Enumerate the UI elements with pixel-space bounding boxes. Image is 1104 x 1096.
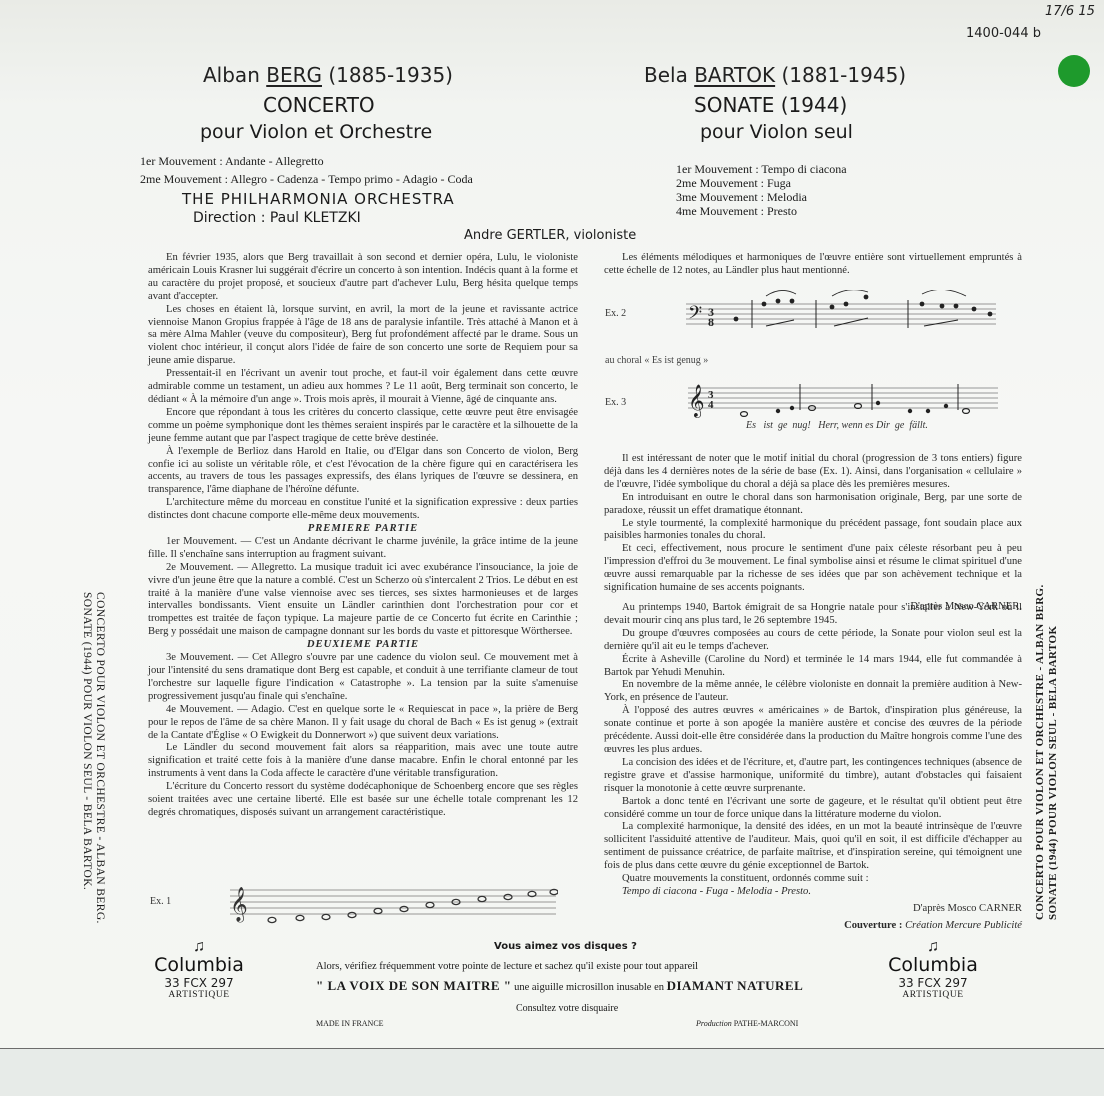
paragraph: À l'exemple de Berlioz dans Harold en It… xyxy=(148,446,578,498)
example-3-lyrics: Es ist ge nug! Herr, wenn es Dir ge fäll… xyxy=(746,420,928,431)
example-2-label: Ex. 2 xyxy=(605,308,626,319)
svg-text:8: 8 xyxy=(708,315,714,329)
bartok-first-name: Bela xyxy=(644,63,688,87)
right-intro: Les éléments mélodiques et harmoniques d… xyxy=(604,252,1022,278)
handwritten-note: 17/6 15 xyxy=(1045,4,1095,19)
series-name: ARTISTIQUE xyxy=(878,990,988,1000)
paragraph: Encore que répondant à tous les critères… xyxy=(148,407,578,446)
paragraph: Du groupe d'œuvres composées au cours de… xyxy=(604,628,1022,654)
paragraph: 4e Mouvement. — Adagio. C'est en quelque… xyxy=(148,704,578,743)
music-note-icon: ♫ xyxy=(144,940,254,954)
paragraph: En introduisant en outre le choral dans … xyxy=(604,492,1022,518)
choral-label: au choral « Es ist genug » xyxy=(605,355,708,366)
made-in-france: MADE IN FRANCE xyxy=(316,1019,384,1028)
paragraph: Au printemps 1940, Bartok émigrait de sa… xyxy=(604,602,1022,628)
movement-list: Tempo di ciacona - Fuga - Melodia - Pres… xyxy=(604,886,1022,899)
paragraph: 3e Mouvement. — Cet Allegro s'ouvre par … xyxy=(148,652,578,704)
spine-line: CONCERTO POUR VIOLON ET ORCHESTRE - ALBA… xyxy=(1034,584,1047,920)
paragraph: À l'opposé des autres œuvres « américain… xyxy=(604,705,1022,757)
berg-last-name: BERG xyxy=(266,63,322,87)
example-1-label: Ex. 1 xyxy=(150,896,171,907)
berg-dates: (1885-1935) xyxy=(328,63,453,87)
paragraph: Et ceci, effectivement, nous procure le … xyxy=(604,543,1022,595)
orchestra-name: THE PHILHARMONIA ORCHESTRA xyxy=(182,190,455,208)
bartok-liner-notes: Au printemps 1940, Bartok émigrait de sa… xyxy=(604,602,1022,933)
paragraph: Écrite à Asheville (Caroline du Nord) et… xyxy=(604,654,1022,680)
part-one-heading: PREMIERE PARTIE xyxy=(148,523,578,536)
berg-movement-2: 2me Mouvement : Allegro - Cadenza - Temp… xyxy=(140,172,473,186)
svg-text:𝄞: 𝄞 xyxy=(230,887,248,923)
paragraph: 1er Mouvement. — C'est un Andante décriv… xyxy=(148,536,578,562)
part-two-heading: DEUXIEME PARTIE xyxy=(148,639,578,652)
paragraph: Les choses en étaient là, lorsque survin… xyxy=(148,304,578,369)
paragraph: La complexité harmonique, la densité des… xyxy=(604,821,1022,873)
paragraph: Les éléments mélodiques et harmoniques d… xyxy=(604,252,1022,278)
bartok-movement-2: 2me Mouvement : Fuga xyxy=(676,176,791,190)
berg-work-title: CONCERTO xyxy=(263,93,375,117)
cover-credit: Couverture : Création Mercure Publicité xyxy=(604,920,1022,933)
advert-line-3: Consultez votre disquaire xyxy=(516,1003,618,1014)
paragraph: L'écriture du Concerto ressort du systèm… xyxy=(148,781,578,820)
cover-credit-label: Couverture : xyxy=(844,920,902,931)
columbia-logo-left: ♫ Columbia 33 FCX 297 ARTISTIQUE xyxy=(144,940,254,1000)
spine-line: SONATE (1944) POUR VIOLON SEUL - BELA BA… xyxy=(80,592,93,924)
advert-brand: " LA VOIX DE SON MAITRE " xyxy=(316,978,511,993)
berg-first-name: Alban xyxy=(203,63,260,87)
bartok-dates: (1881-1945) xyxy=(781,63,906,87)
berg-composer-heading: Alban BERG (1885-1935) xyxy=(203,63,453,87)
example-3-label: Ex. 3 xyxy=(605,397,626,408)
advert-line-2: " LA VOIX DE SON MAITRE " une aiguille m… xyxy=(316,978,803,994)
paragraph: En novembre de la même année, le célèbre… xyxy=(604,679,1022,705)
advert-diamond: DIAMANT NATUREL xyxy=(667,978,804,993)
paragraph: 2e Mouvement. — Allegretto. La musique t… xyxy=(148,562,578,639)
paragraph: La concision des idées et de l'écriture,… xyxy=(604,757,1022,796)
bartok-composer-heading: Bela BARTOK (1881-1945) xyxy=(644,63,906,87)
berg-analysis-notes: Il est intéressant de noter que le motif… xyxy=(604,453,1022,614)
soloist-credit: Andre GERTLER, violoniste xyxy=(464,228,636,243)
paragraph: En février 1935, alors que Berg travaill… xyxy=(148,252,578,304)
svg-text:𝄢: 𝄢 xyxy=(688,303,702,328)
production-company: PATHE-MARCONI xyxy=(734,1019,799,1028)
production-label: Production xyxy=(696,1019,732,1028)
catalog-number: 33 FCX 297 xyxy=(878,976,988,990)
paragraph: Il est intéressant de noter que le motif… xyxy=(604,453,1022,492)
green-dot-sticker xyxy=(1058,55,1090,87)
bartok-work-title: SONATE (1944) xyxy=(694,93,847,117)
bartok-work-subtitle: pour Violon seul xyxy=(700,121,853,143)
paragraph: Bartok a donc tenté en l'écrivant une so… xyxy=(604,796,1022,822)
bartok-movement-4: 4me Mouvement : Presto xyxy=(676,204,797,218)
brand-name: Columbia xyxy=(144,954,254,976)
handwritten-catalog-number: 1400-044 b xyxy=(966,26,1041,41)
berg-work-subtitle: pour Violon et Orchestre xyxy=(200,121,432,143)
svg-text:𝄞: 𝄞 xyxy=(688,384,705,418)
paragraph: Quatre mouvements la constituent, ordonn… xyxy=(604,873,1022,886)
advert-question: Vous aimez vos disques ? xyxy=(494,941,637,952)
columbia-logo-right: ♫ Columbia 33 FCX 297 ARTISTIQUE xyxy=(878,940,988,1000)
paragraph: L'architecture même du morceau en consti… xyxy=(148,497,578,523)
paragraph: Pressentait-il en l'écrivant un avenir t… xyxy=(148,368,578,407)
spine-line: CONCERTO POUR VIOLON ET ORCHESTRE - ALBA… xyxy=(93,592,106,924)
music-note-icon: ♫ xyxy=(878,940,988,954)
berg-movement-1: 1er Mouvement : Andante - Allegretto xyxy=(140,154,324,168)
catalog-number: 33 FCX 297 xyxy=(144,976,254,990)
series-name: ARTISTIQUE xyxy=(144,990,254,1000)
bartok-movement-1: 1er Mouvement : Tempo di ciacona xyxy=(676,162,847,176)
berg-liner-notes: En février 1935, alors que Berg travaill… xyxy=(148,252,578,820)
paragraph: Le Ländler du second mouvement fait alor… xyxy=(148,742,578,781)
example-3-treble-staff: 𝄞 3 4 xyxy=(688,380,1000,420)
svg-text:4: 4 xyxy=(708,399,714,411)
example-2-bass-staff: 𝄢 3 8 xyxy=(686,290,998,340)
author-signature: D'après Mosco CARNER xyxy=(604,903,1022,916)
advert-line-1: Alors, vérifiez fréquemment votre pointe… xyxy=(316,961,698,972)
conductor: Direction : Paul KLETZKI xyxy=(193,210,361,226)
bartok-movement-3: 3me Mouvement : Melodia xyxy=(676,190,807,204)
left-spine-text: CONCERTO POUR VIOLON ET ORCHESTRE - ALBA… xyxy=(80,592,106,924)
cover-credit-value: Création Mercure Publicité xyxy=(905,920,1022,931)
example-1-tone-row-staff: 𝄞 xyxy=(228,868,558,926)
sleeve-edge xyxy=(0,1048,1104,1096)
spine-line: SONATE (1944) POUR VIOLON SEUL - BELA BA… xyxy=(1047,584,1060,920)
paragraph: Le style tourmenté, la complexité harmon… xyxy=(604,518,1022,544)
production-credit: Production PATHE-MARCONI xyxy=(696,1019,798,1028)
bartok-last-name: BARTOK xyxy=(694,63,775,87)
right-spine-text: CONCERTO POUR VIOLON ET ORCHESTRE - ALBA… xyxy=(1034,584,1060,920)
advert-mid-text: une aiguille microsillon inusable en xyxy=(511,982,666,993)
brand-name: Columbia xyxy=(878,954,988,976)
